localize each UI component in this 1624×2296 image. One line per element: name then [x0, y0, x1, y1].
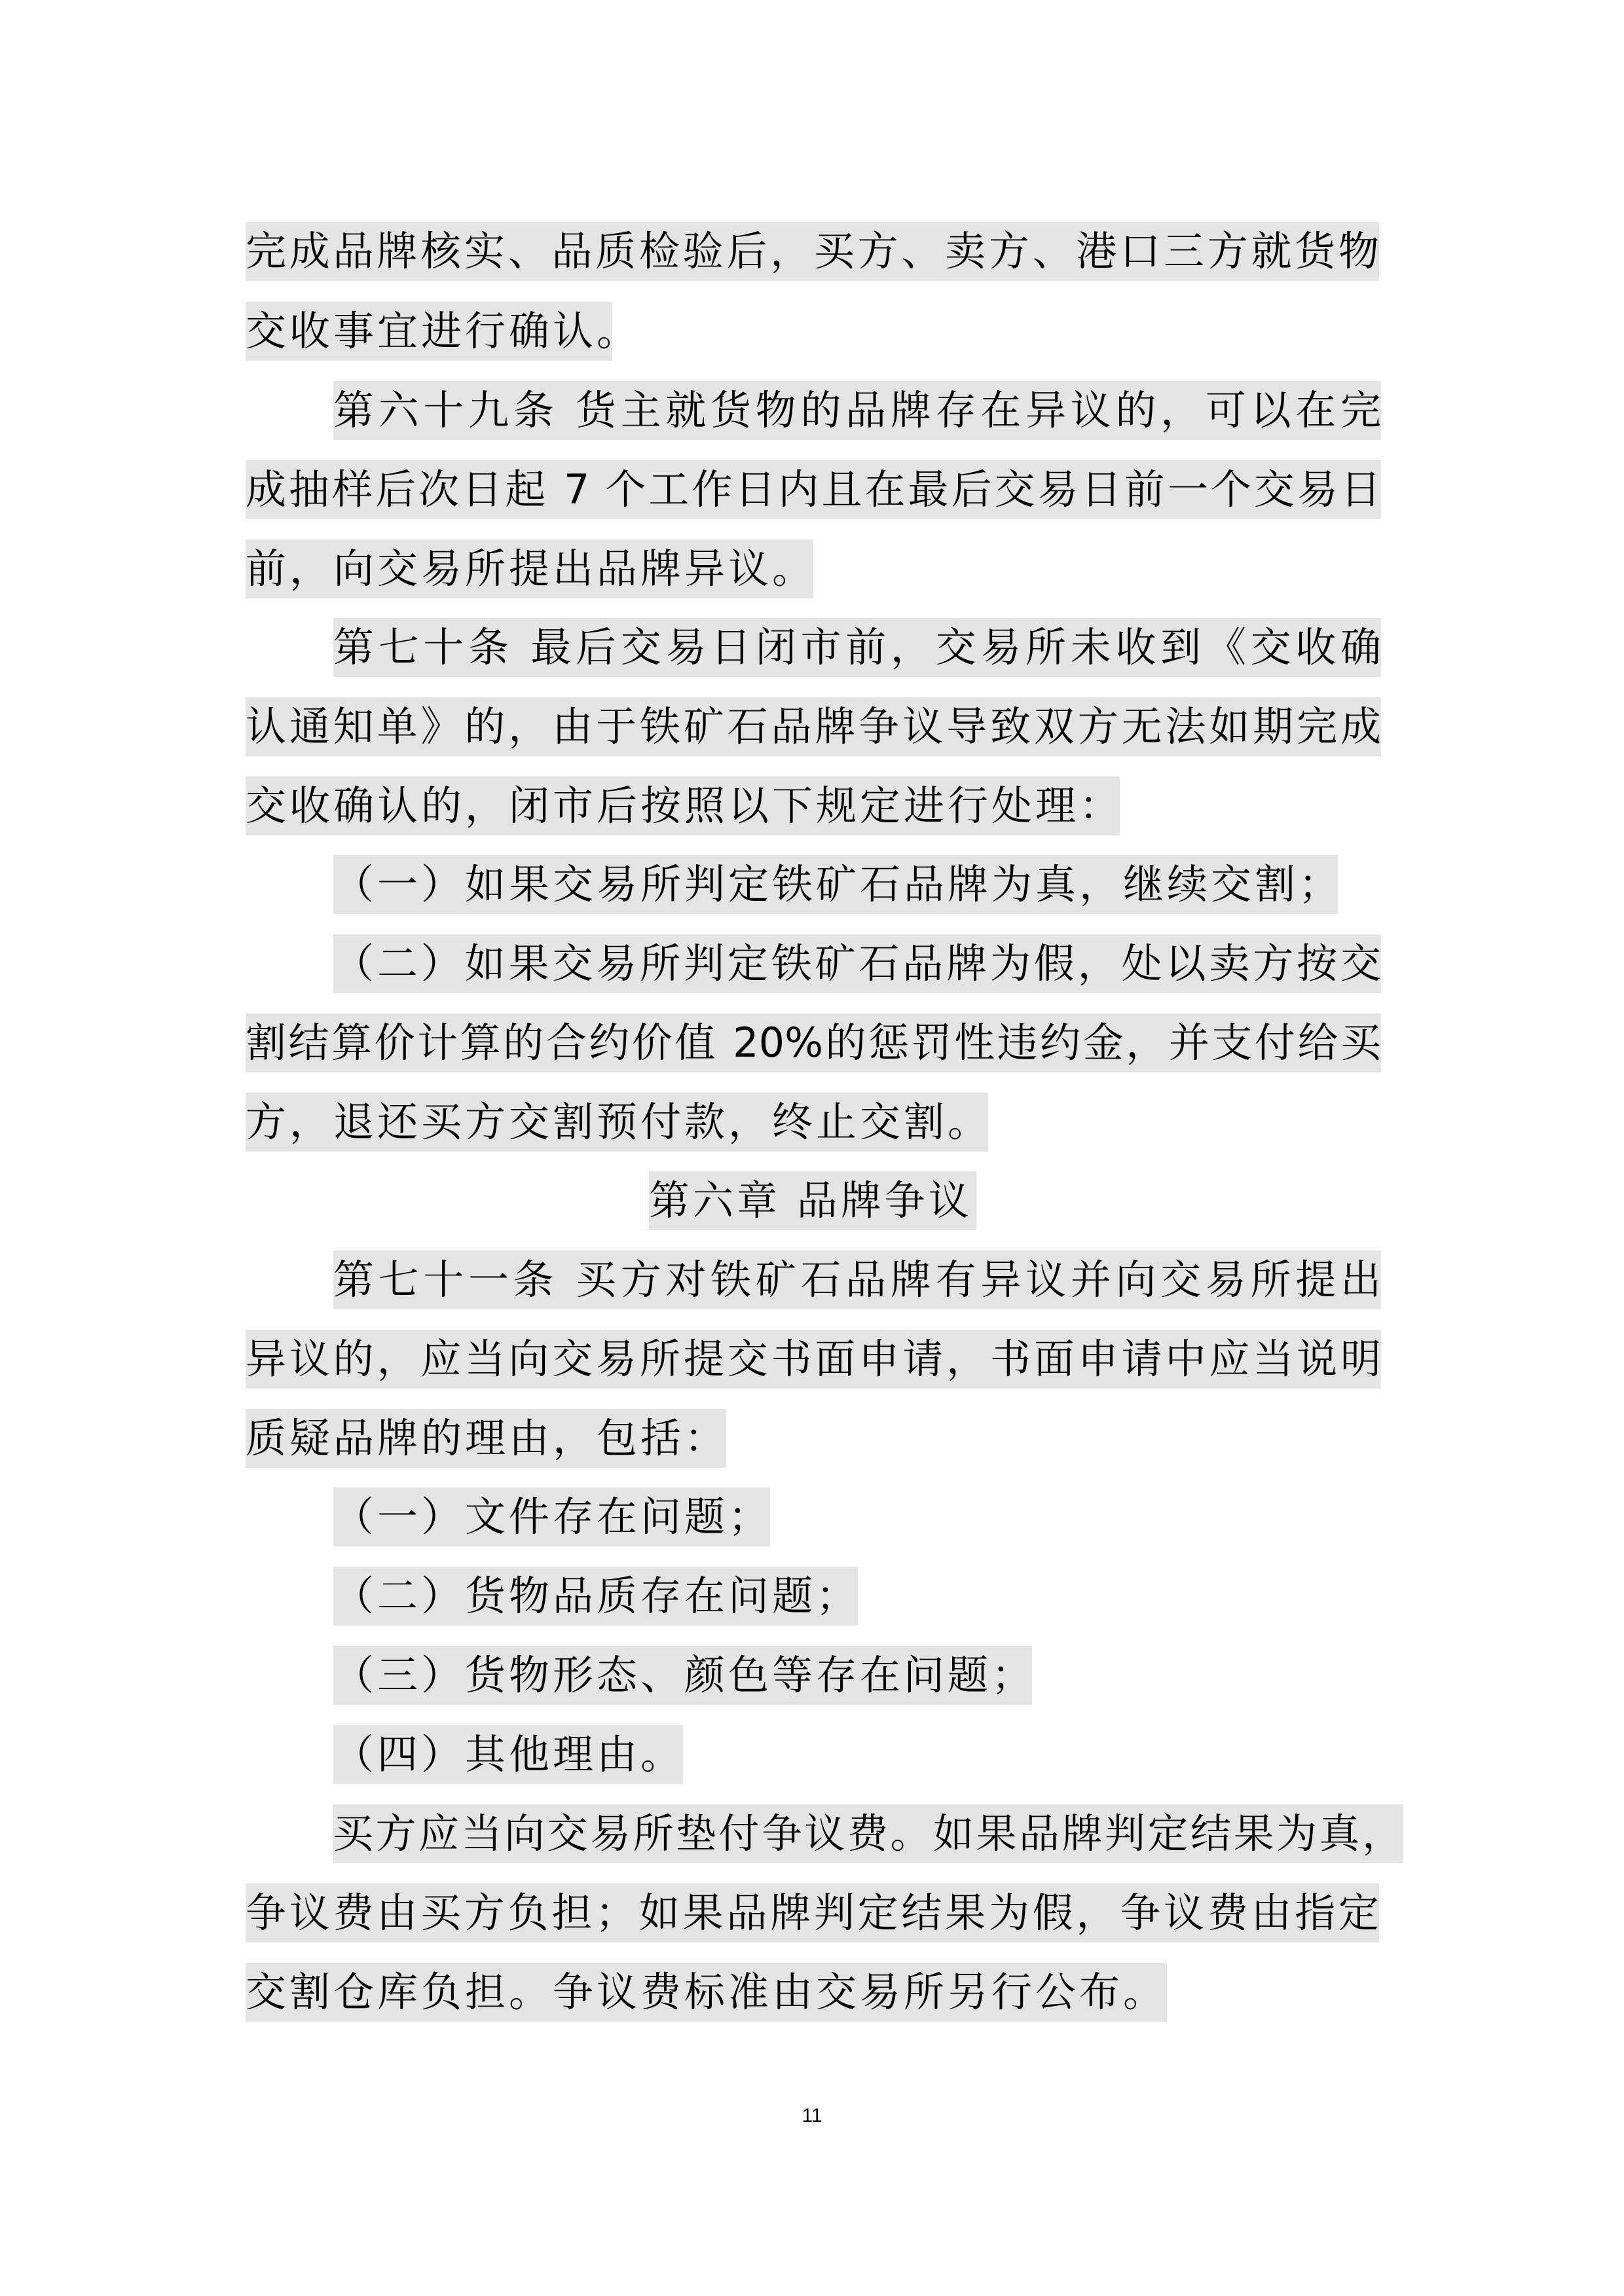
paragraph-line: 买方应当向交易所垫付争议费。如果品牌判定结果为真，	[333, 1804, 1403, 1863]
paragraph-line: 交割仓库负担。争议费标准由交易所另行公布。	[246, 1963, 1167, 2022]
list-item-line: （三）货物形态、颜色等存在问题；	[333, 1646, 1032, 1705]
paragraph-line: 质疑品牌的理由，包括：	[246, 1409, 726, 1468]
document-page: 完成品牌核实、品质检验后，买方、卖方、港口三方就货物 交收事宜进行确认。 第六十…	[0, 0, 1624, 2296]
list-item-line: （四）其他理由。	[333, 1725, 683, 1784]
paragraph-line: 争议费由买方负担；如果品牌判定结果为假，争议费由指定	[246, 1884, 1379, 1942]
paragraph-line: 完成品牌核实、品质检验后，买方、卖方、港口三方就货物	[246, 222, 1379, 281]
paragraph-line: 前，向交易所提出品牌异议。	[246, 539, 813, 598]
paragraph-line: 割结算价计算的合约价值 20%的惩罚性违约金，并支付给买	[246, 1013, 1381, 1072]
article-71-heading-line: 第七十一条 买方对铁矿石品牌有异议并向交易所提出	[333, 1250, 1381, 1309]
paragraph-line: 认通知单》的，由于铁矿石品牌争议导致双方无法如期完成	[246, 697, 1381, 756]
list-item-line: （二）货物品质存在问题；	[333, 1567, 858, 1626]
page-number: 11	[786, 2103, 838, 2129]
list-item-line: （一）文件存在问题；	[333, 1487, 770, 1546]
chapter-title: 第六章 品牌争议	[649, 1171, 976, 1230]
list-item-line: （二）如果交易所判定铁矿石品牌为假，处以卖方按交	[333, 934, 1381, 993]
article-70-heading-line: 第七十条 最后交易日闭市前，交易所未收到《交收确	[333, 618, 1381, 677]
paragraph-line: 交收事宜进行确认。	[246, 302, 612, 361]
paragraph-line: 异议的，应当向交易所提交书面申请，书面申请中应当说明	[246, 1330, 1381, 1389]
article-69-heading-line: 第六十九条 货主就货物的品牌存在异议的，可以在完	[333, 381, 1381, 440]
paragraph-line: 成抽样后次日起 7 个工作日内且在最后交易日前一个交易日	[246, 460, 1381, 519]
paragraph-line: 交收确认的，闭市后按照以下规定进行处理：	[246, 776, 1120, 835]
list-item-line: （一）如果交易所判定铁矿石品牌为真，继续交割；	[333, 855, 1338, 914]
paragraph-line: 方，退还买方交割预付款，终止交割。	[246, 1093, 988, 1152]
